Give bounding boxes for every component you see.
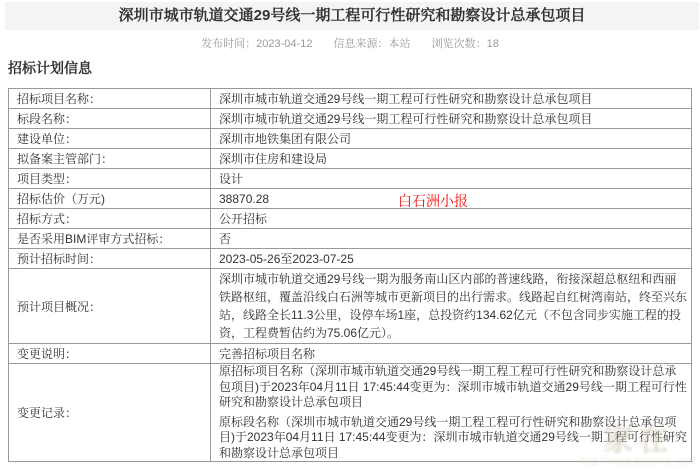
- field-label: 预计项目概况：: [9, 269, 211, 344]
- publish-time-value: 2023-04-12: [256, 38, 312, 50]
- table-row-section-name: 标段名称： 深圳市城市轨道交通29号线一期工程可行性研究和勘察设计总承包项目: [9, 109, 692, 129]
- field-value: 公开招标: [211, 209, 692, 229]
- publish-time: 发布时间：2023-04-12: [201, 38, 312, 50]
- table-row-bim: 是否采用BIM评审方式招标： 否: [9, 229, 692, 249]
- meta-bar: 发布时间：2023-04-12 信息来源：本站 浏览次数：18: [0, 37, 700, 51]
- field-value: 否: [211, 229, 692, 249]
- field-label: 是否采用BIM评审方式招标：: [9, 229, 211, 249]
- field-value: 深圳市城市轨道交通29号线一期工程可行性研究和勘察设计总承包项目: [211, 89, 692, 109]
- info-source: 信息来源：本站: [334, 38, 411, 50]
- view-count: 浏览次数：18: [432, 38, 499, 50]
- field-label: 标段名称：: [9, 109, 211, 129]
- info-source-value: 本站: [389, 38, 411, 50]
- field-value: 深圳市住房和建设局: [211, 149, 692, 169]
- section-title: 招标计划信息: [8, 58, 92, 78]
- table-row-project-type: 项目类型： 设计: [9, 169, 692, 189]
- field-label: 建设单位：: [9, 129, 211, 149]
- table-row-tender-time: 预计招标时间： 2023-05-26至2023-07-25: [9, 249, 692, 269]
- page-title: 深圳市城市轨道交通29号线一期工程可行性研究和勘察设计总承包项目: [5, 2, 699, 30]
- table-row-tender-method: 招标方式： 公开招标: [9, 209, 692, 229]
- table-row-change-note: 变更说明： 完善招标项目名称: [9, 344, 692, 364]
- field-label: 招标估价（万元): [9, 189, 211, 209]
- field-value: 深圳市城市轨道交通29号线一期工程可行性研究和勘察设计总承包项目: [211, 109, 692, 129]
- red-stamp-watermark: 白石洲小报: [398, 191, 468, 211]
- publish-time-label: 发布时间：: [201, 38, 256, 50]
- field-label: 拟备案主管部门：: [9, 149, 211, 169]
- field-value: 2023-05-26至2023-07-25: [211, 249, 692, 269]
- field-value: 原招标项目名称（深圳市城市轨道交通29号线一期工程工程可行性研究和勘察设计总承包…: [211, 364, 692, 462]
- field-value: 深圳市城市轨道交通29号线一期为服务南山区内部的普速线路，衔接深超总枢纽和西丽铁…: [211, 269, 692, 344]
- info-source-label: 信息来源：: [334, 38, 389, 50]
- field-label: 变更说明：: [9, 344, 211, 364]
- tender-info-page: 深圳市城市轨道交通29号线一期工程可行性研究和勘察设计总承包项目 发布时间：20…: [0, 0, 700, 469]
- table-row-authority: 拟备案主管部门： 深圳市住房和建设局: [9, 149, 692, 169]
- field-label: 变更记录：: [9, 364, 211, 462]
- change-record-paragraph: 原招标项目名称（深圳市城市轨道交通29号线一期工程工程可行性研究和勘察设计总承包…: [219, 364, 687, 411]
- change-record-paragraph: 原标段名称（深圳市城市轨道交通29号线一期工程工程可行性研究和勘察设计总承包项目…: [219, 415, 687, 462]
- field-label: 招标方式：: [9, 209, 211, 229]
- table-row-change-record: 变更记录： 原招标项目名称（深圳市城市轨道交通29号线一期工程工程可行性研究和勘…: [9, 364, 692, 462]
- view-count-label: 浏览次数：: [432, 38, 487, 50]
- view-count-value: 18: [487, 38, 499, 50]
- field-label: 招标项目名称：: [9, 89, 211, 109]
- table-row-project-overview: 预计项目概况： 深圳市城市轨道交通29号线一期为服务南山区内部的普速线路，衔接深…: [9, 269, 692, 344]
- tender-info-table: 招标项目名称： 深圳市城市轨道交通29号线一期工程可行性研究和勘察设计总承包项目…: [8, 88, 692, 462]
- table-row-construction-unit: 建设单位： 深圳市地铁集团有限公司: [9, 129, 692, 149]
- field-value: 深圳市地铁集团有限公司: [211, 129, 692, 149]
- field-value: 完善招标项目名称: [211, 344, 692, 364]
- table-row-project-name: 招标项目名称： 深圳市城市轨道交通29号线一期工程可行性研究和勘察设计总承包项目: [9, 89, 692, 109]
- field-value: 设计: [211, 169, 692, 189]
- field-label: 项目类型：: [9, 169, 211, 189]
- page-title-bar: 深圳市城市轨道交通29号线一期工程可行性研究和勘察设计总承包项目: [5, 2, 699, 30]
- table-row-estimate: 招标估价（万元) 38870.28: [9, 189, 692, 209]
- field-label: 预计招标时间：: [9, 249, 211, 269]
